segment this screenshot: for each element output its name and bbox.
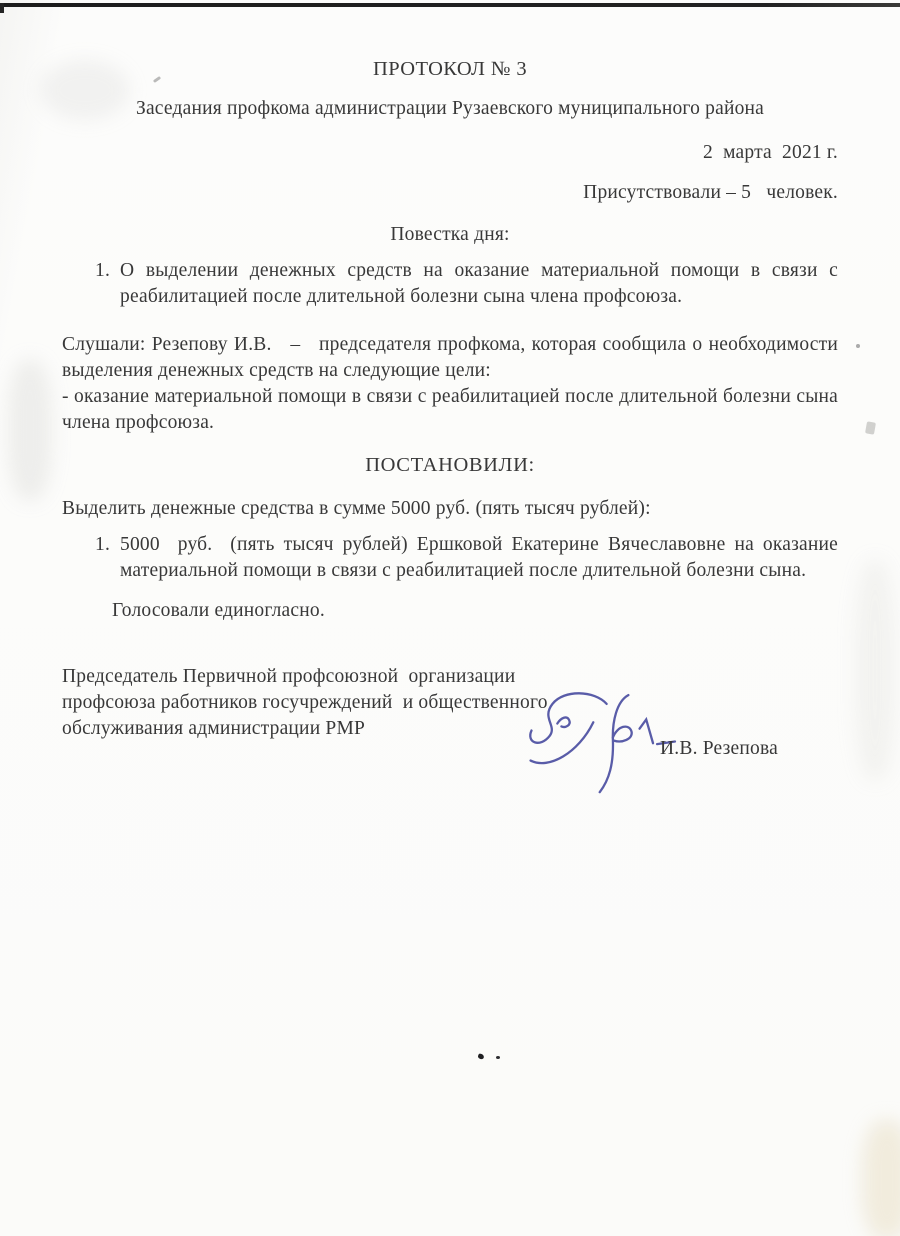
vote-result: Голосовали единогласно. — [62, 598, 838, 624]
ink-speck — [496, 1056, 500, 1059]
heard-section: Слушали: Резепову И.В. – председателя пр… — [62, 332, 838, 436]
document-date: 2 марта 2021 г. — [62, 140, 838, 166]
document-title: ПРОТОКОЛ № 3 — [62, 56, 838, 82]
resolved-item-number: 1. — [95, 532, 120, 584]
resolved-item: 1. 5000 руб. (пять тысяч рублей) Ершково… — [62, 532, 838, 584]
agenda-item-text: О выделении денежных средств на оказание… — [120, 258, 838, 310]
agenda-heading: Повестка дня: — [62, 222, 838, 248]
resolved-intro: Выделить денежные средства в сумме 5000 … — [62, 496, 838, 522]
agenda-item: 1. О выделении денежных средств на оказа… — [62, 258, 838, 310]
resolved-item-text: 5000 руб. (пять тысяч рублей) Ершковой Е… — [120, 532, 838, 584]
signature-position-line: Председатель Первичной профсоюзной орган… — [62, 664, 838, 690]
heard-intro: Слушали: Резепову И.В. – председателя пр… — [62, 332, 838, 384]
signature-block: Председатель Первичной профсоюзной орган… — [62, 664, 838, 742]
scan-speck — [856, 344, 860, 348]
heard-detail: - оказание материальной помощи в связи с… — [62, 384, 838, 436]
agenda-item-number: 1. — [95, 258, 120, 310]
document-content: ПРОТОКОЛ № 3 Заседания профкома админист… — [0, 0, 900, 742]
scan-shadow-blot — [862, 1120, 900, 1236]
signer-name: И.В. Резепова — [660, 736, 778, 762]
attendance-line: Присутствовали – 5 человек. — [62, 180, 838, 206]
handwritten-signature — [526, 685, 680, 800]
scanned-document-page: ПРОТОКОЛ № 3 Заседания профкома админист… — [0, 0, 900, 1236]
signature-position-line: профсоюза работников госучреждений и общ… — [62, 690, 838, 716]
ink-speck — [477, 1053, 484, 1060]
resolved-heading: ПОСТАНОВИЛИ: — [62, 452, 838, 478]
document-subtitle: Заседания профкома администрации Рузаевс… — [62, 96, 838, 122]
